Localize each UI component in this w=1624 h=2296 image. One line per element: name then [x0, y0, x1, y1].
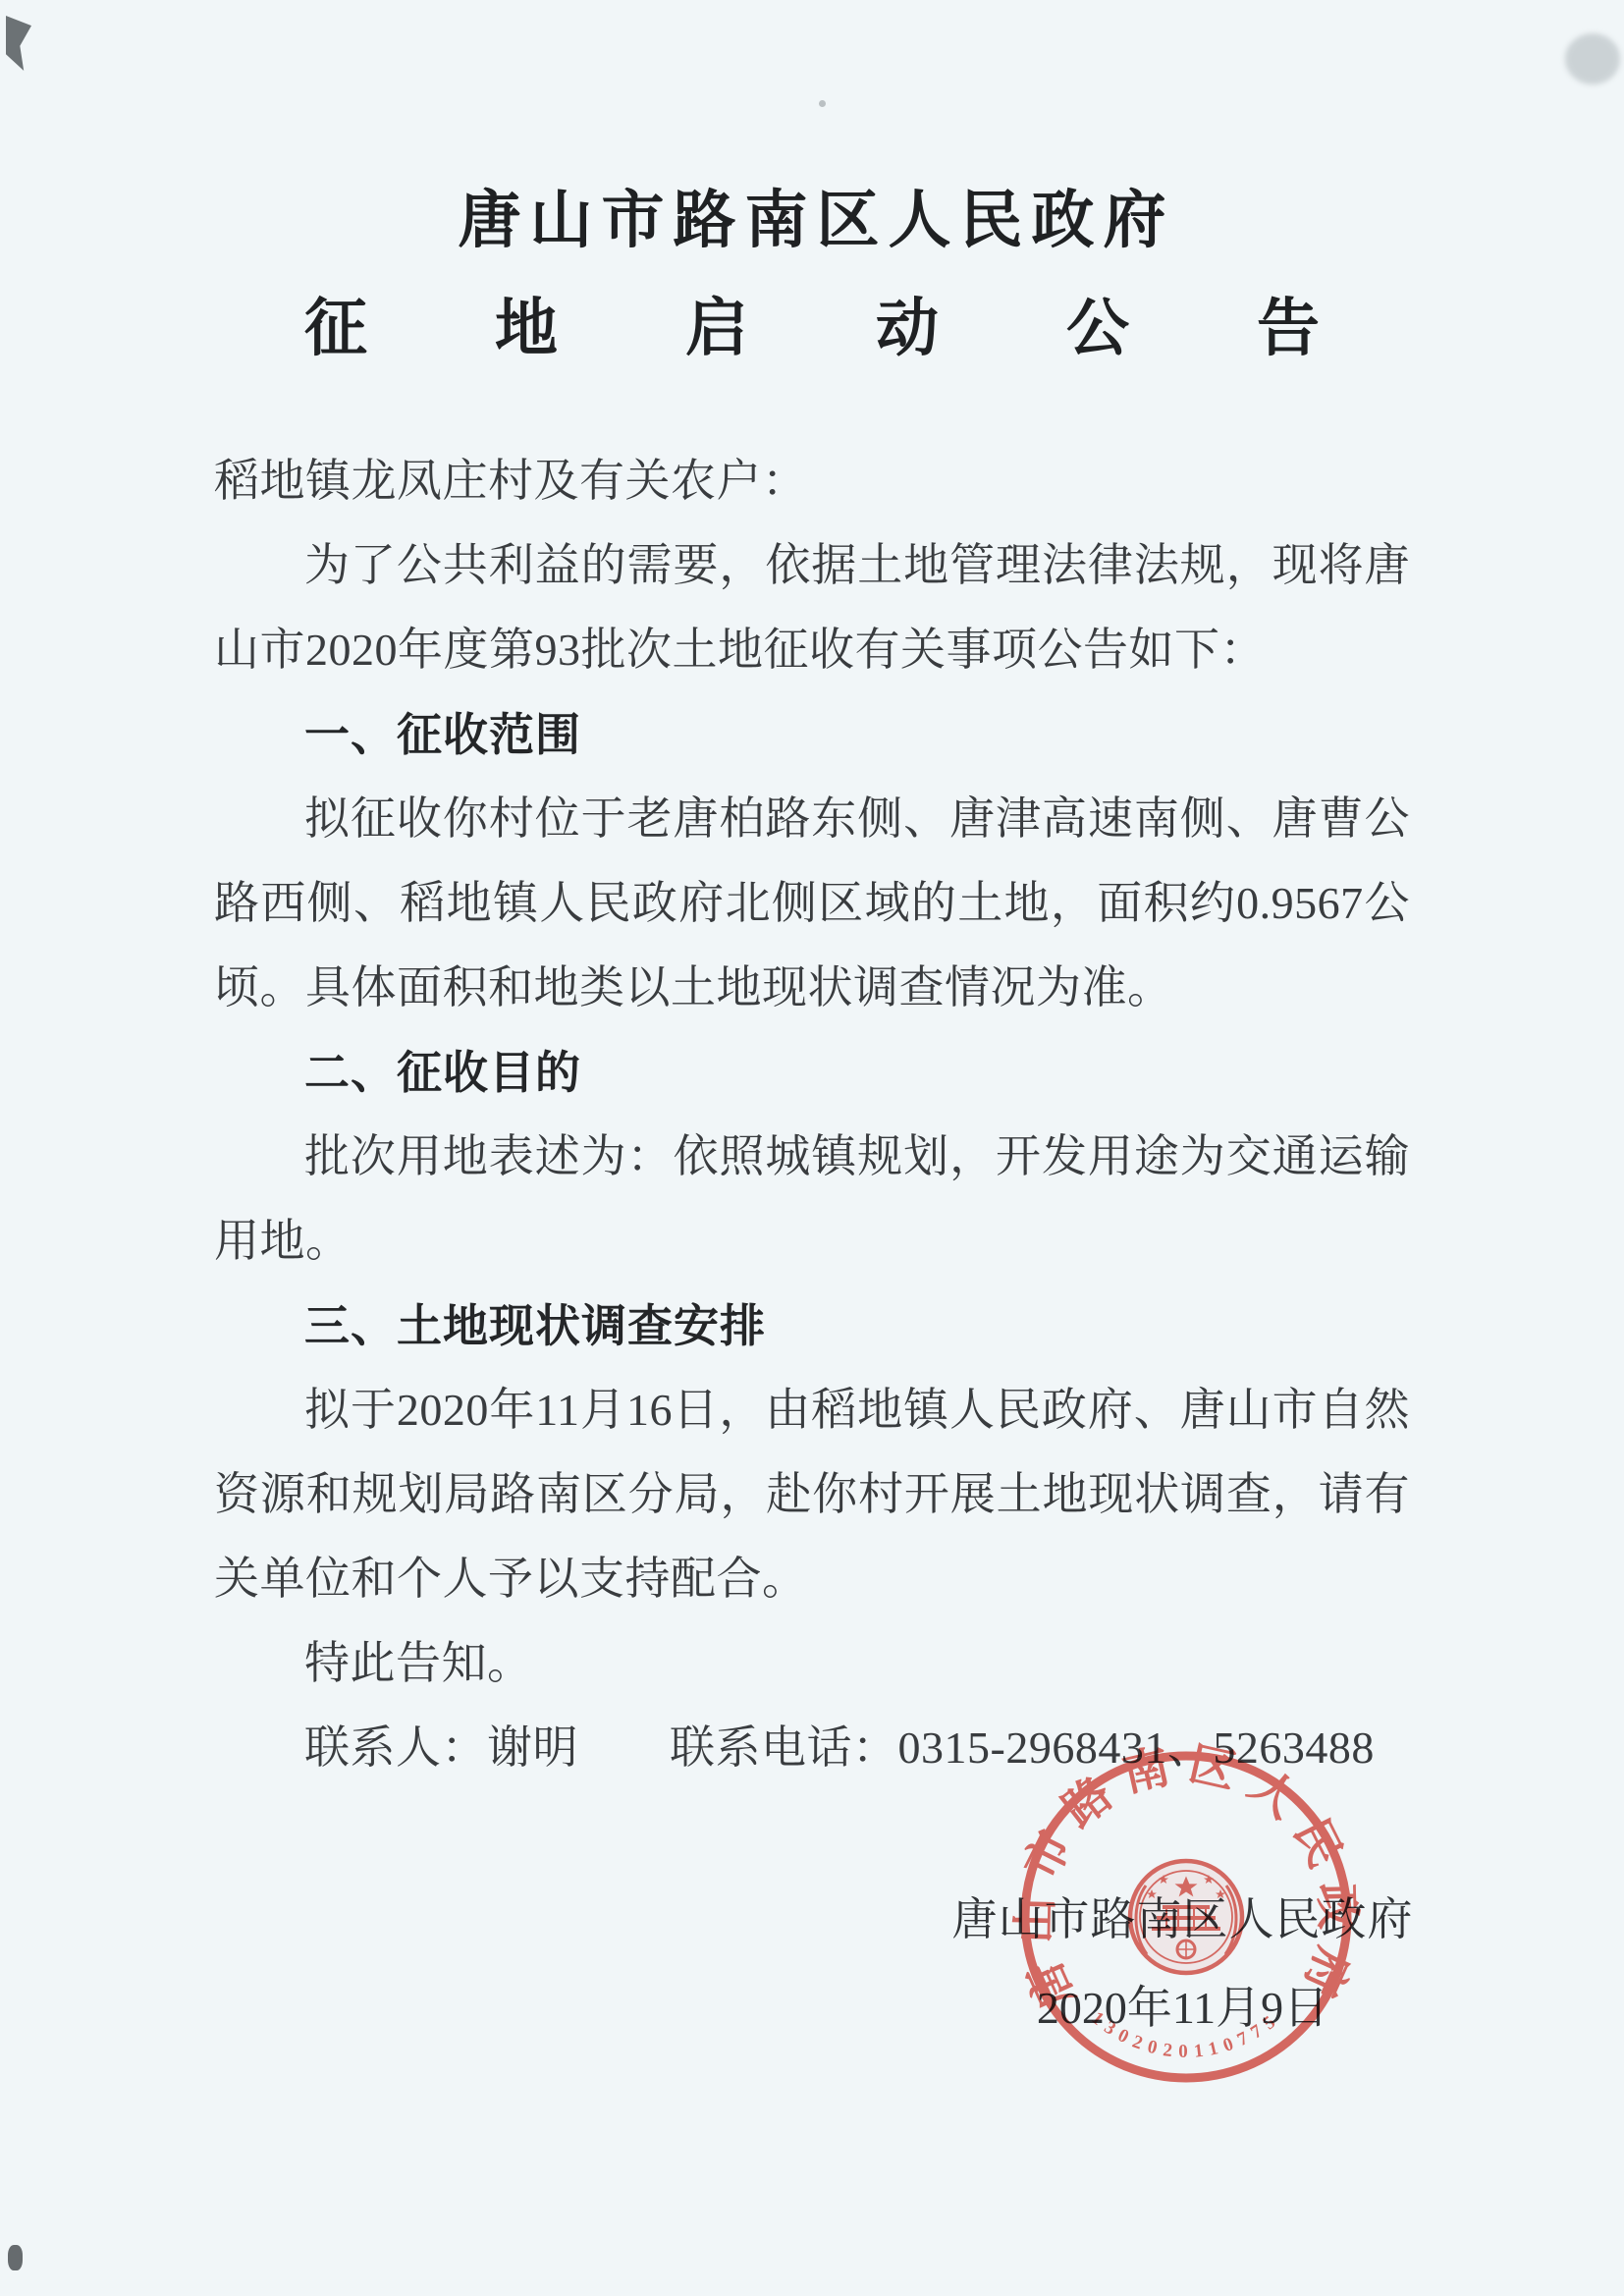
scanned-document-page: 唐山市路南区人民政府 征 地 启 动 公 告 稻地镇龙凤庄村及有关农户：为了公共…: [0, 0, 1624, 2296]
official-seal: 唐山市路南区人民政府 1302020110775: [1009, 1740, 1363, 2094]
section-heading: 二、征收目的: [214, 1030, 1410, 1115]
national-emblem-icon: [1130, 1861, 1242, 1973]
document-title-agency: 唐山市路南区人民政府: [0, 183, 1624, 259]
body-line: 山市2020年度第93批次土地征收有关事项公告如下：: [214, 608, 1410, 692]
section-heading: 三、土地现状调查安排: [214, 1284, 1410, 1368]
body-line: 稻地镇龙凤庄村及有关农户：: [214, 439, 1410, 523]
scan-speck: [819, 100, 826, 107]
scan-artifact-bottom-left: [8, 2245, 23, 2270]
body-line: 拟于2020年11月16日，由稻地镇人民政府、唐山市自然: [214, 1368, 1410, 1452]
body-line: 顷。具体面积和地类以土地现状调查情况为准。: [214, 946, 1410, 1030]
body-line: 关单位和个人予以支持配合。: [214, 1537, 1410, 1621]
scan-artifact-top-right: [1565, 33, 1620, 84]
body-line: 拟征收你村位于老唐柏路东侧、唐津高速南侧、唐曹公: [214, 777, 1410, 861]
document-title-subject: 征 地 启 动 公 告: [0, 291, 1624, 367]
body-line: 为了公共利益的需要，依据土地管理法律法规，现将唐: [214, 523, 1410, 608]
body-line: 路西侧、稻地镇人民政府北侧区域的土地，面积约0.9567公: [214, 861, 1410, 946]
seal-serial-number: 1302020110775: [1087, 2008, 1284, 2062]
section-heading: 一、征收范围: [214, 692, 1410, 777]
scan-artifact-top-left: [6, 16, 31, 71]
body-line: 资源和规划局路南区分局，赴你村开展土地现状调查，请有: [214, 1452, 1410, 1537]
body-line: 用地。: [214, 1199, 1410, 1284]
body-line: 特此告知。: [214, 1621, 1410, 1706]
body-line: 批次用地表述为：依照城镇规划，开发用途为交通运输: [214, 1115, 1410, 1199]
body-lines: 稻地镇龙凤庄村及有关农户：为了公共利益的需要，依据土地管理法律法规，现将唐山市2…: [214, 439, 1410, 1790]
